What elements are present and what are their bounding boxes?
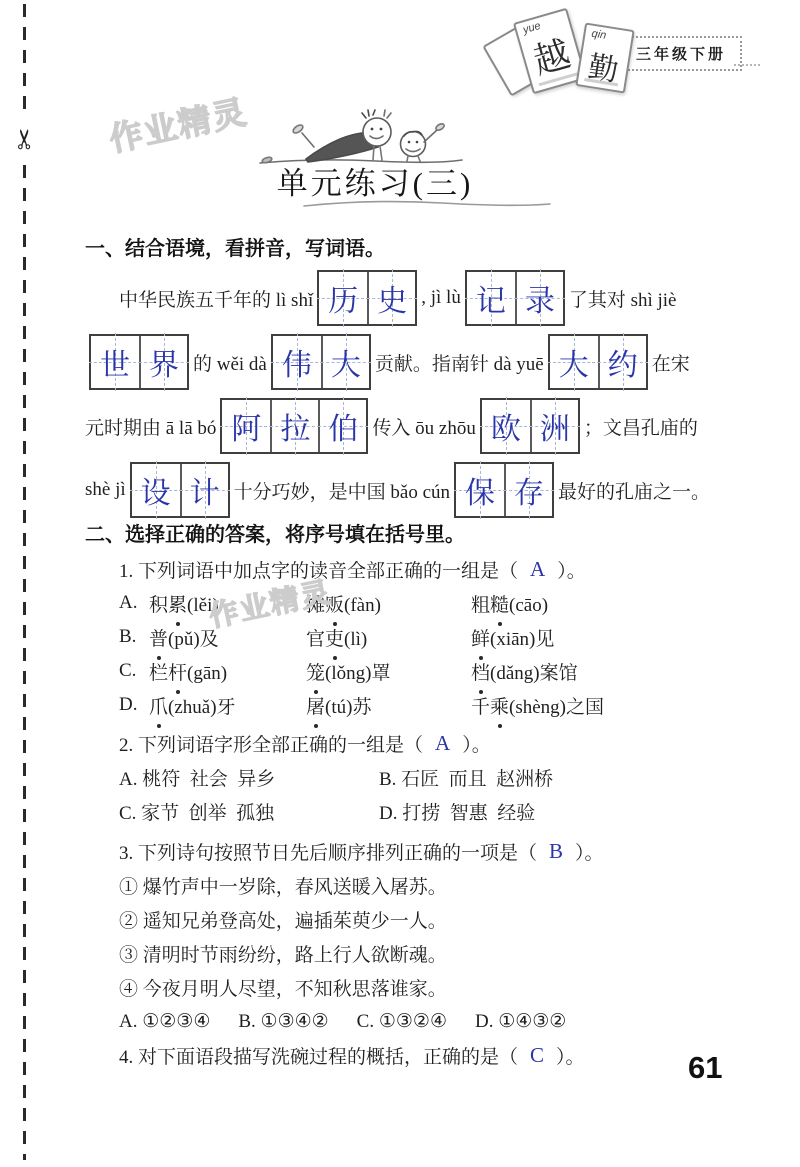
poem-text: ④ 今夜月明人尽望，不知秋思落谁家。 [119,974,447,1001]
scissors-icon: ✂ [9,119,43,159]
handwritten-answer: 计 [190,468,220,512]
question2-stem: 2. 下列词语字形全部正确的一组是（A）。 [85,726,747,760]
answer-letter: A [435,731,450,756]
answer-letter: A [530,557,545,582]
option-item: B. ①③④② [238,1010,328,1033]
word-part: 栏 [149,663,168,684]
workbook-page: ✂ yue 越 qin 勤 三年级下册 作业精灵 [0,0,800,1167]
word-part: (xiān)见 [490,629,554,650]
option-label: B. [119,626,149,648]
handwritten-answer: 大 [331,340,361,384]
writing-cell: 欧 [482,400,530,452]
poem-text: ① 爆竹声中一岁除，春风送暖入屠苏。 [119,872,447,899]
fill-line-1: 中华民族五千年的 lì shǐ 历 史 , jì lù 记 录 了其对 shì … [85,266,747,330]
word-part: 千 [471,697,490,718]
poem-text: ③ 清明时节雨纷纷，路上行人欲断魂。 [119,940,447,967]
writing-cell: 记 [467,272,515,324]
dotted-character: 鲜 [471,624,490,651]
fill-line-4: shè jì 设 计 十分巧妙，是中国 bǎo cún 保 存 最好的孔庙之一。 [85,458,747,522]
answer-box: 历 史 [317,270,417,326]
option-group: C. 家节 创举 孤独 [119,798,379,825]
poem-line-2: ② 遥知兄弟登高处，遍插茱萸少一人。 [85,902,747,936]
poem-line-1: ① 爆竹声中一岁除，春风送暖入屠苏。 [85,868,747,902]
answer-box: 记 录 [465,270,565,326]
word-part: (tú)苏 [325,697,371,718]
line-text: 十分巧妙，是中国 bǎo cún [234,477,450,504]
option-item: C. ①③②④ [357,1010,447,1033]
option-group: D. 打捞 智惠 经验 [379,798,747,825]
writing-cell: 录 [515,272,563,324]
dotted-character: 乘 [490,692,509,719]
word-part: (lì) [344,629,367,650]
stem-text: 3. 下列诗句按照节日先后顺序排列正确的一项是（ [119,838,537,865]
word-part: (gān) [187,663,227,684]
word-part: 摊 [306,595,325,616]
answer-box: 欧 洲 [480,398,580,454]
stem-text: ）。 [462,730,491,757]
writing-cell: 计 [180,464,228,516]
line-text: 贡献。指南针 dà yuē [375,349,544,376]
section-multiple-choice: 二、选择正确的答案，将序号填在括号里。 1. 下列词语中加点字的读音全部正确的一… [85,520,747,1072]
handwritten-answer: 世 [100,340,130,384]
dotted-character: 爪 [149,692,168,719]
answer-box: 世 界 [89,334,189,390]
word-item: 栏杆(gān) [149,658,306,685]
line-text: 元时期由 ā lā bó [85,413,216,440]
q2-option-row-2: C. 家节 创举 孤独 D. 打捞 智惠 经验 [85,794,747,828]
word-item: 档(dǎng)案馆 [471,658,747,685]
answer-letter: C [530,1043,544,1068]
question4-stem: 4. 对下面语段描写洗碗过程的概括，正确的是（C）。 [85,1038,747,1072]
q1-option-row-b: B. 普(pǔ)及 官吏(lì) 鲜(xiān)见 [85,620,747,654]
handwritten-answer: 历 [328,276,358,320]
dotted-character: 贩 [325,590,344,617]
word-item: 积累(lěi) [149,590,306,617]
option-group: A. 桃符 社会 异乡 [119,764,379,791]
option-item: D. ①④③② [475,1010,566,1033]
title-underline-swoosh [302,197,552,211]
fill-line-3: 元时期由 ā lā bó 阿 拉 伯 传入 ōu zhōu 欧 洲 ；文昌孔庙的 [85,394,747,458]
word-item: 粗糙(cāo) [471,590,747,617]
dotted-character: 屠 [306,692,325,719]
writing-cell: 阿 [222,400,270,452]
grade-label: 三年级下册 [620,36,742,71]
dotted-character: 档 [471,658,490,685]
handwritten-answer: 保 [465,468,495,512]
line-text: , jì lù [421,287,461,309]
handwritten-answer: 欧 [491,404,521,448]
writing-cell: 世 [91,336,139,388]
word-part: (zhuǎ)牙 [168,697,236,718]
answer-box: 设 计 [130,462,230,518]
stem-text: 2. 下列词语字形全部正确的一组是（ [119,730,423,757]
stem-text: 4. 对下面语段描写洗碗过程的概括，正确的是（ [119,1042,518,1069]
page-number: 61 [688,1050,722,1086]
writing-cell: 界 [139,336,187,388]
poem-line-4: ④ 今夜月明人尽望，不知秋思落谁家。 [85,970,747,1004]
line-text: 的 wěi dà [193,349,267,376]
word-part: 官 [306,629,325,650]
dotted-character: 吏 [325,624,344,651]
word-part: 粗 [471,595,490,616]
writing-cell: 约 [598,336,646,388]
dotted-character: 糙 [490,590,509,617]
handwritten-answer: 界 [149,340,179,384]
handwritten-answer: 存 [514,468,544,512]
section2-heading: 二、选择正确的答案，将序号填在括号里。 [85,520,747,552]
word-item: 笼(lǒng)罩 [306,658,471,685]
word-part: 积 [149,595,168,616]
stem-text: 1. 下列词语中加点字的读音全部正确的一组是（ [119,556,518,583]
word-item: 普(pǔ)及 [149,624,306,651]
writing-cell: 设 [132,464,180,516]
stem-text: ）。 [556,1042,585,1069]
line-text: shè jì [85,479,126,501]
fill-line-2: 世 界 的 wěi dà 伟 大 贡献。指南针 dà yuē 大 约 在宋 [85,330,747,394]
word-part: (shèng)之国 [509,697,604,718]
line-text: 中华民族五千年的 lì shǐ [85,285,313,312]
brand-logo: yue 越 qin 勤 [492,8,652,100]
writing-cell: 伯 [318,400,366,452]
dotted-line [734,64,760,66]
poem-line-3: ③ 清明时节雨纷纷，路上行人欲断魂。 [85,936,747,970]
writing-cell: 洲 [530,400,578,452]
handwritten-answer: 录 [525,276,555,320]
section-pinyin-writing: 一、结合语境，看拼音，写词语。 中华民族五千年的 lì shǐ 历 史 , jì… [85,234,747,522]
word-part: (pǔ)及 [168,629,219,650]
option-label: D. [119,694,149,716]
q3-option-row: A. ①②③④ B. ①③④② C. ①③②④ D. ①④③② [85,1004,747,1038]
writing-cell: 大 [550,336,598,388]
answer-letter: B [549,839,563,864]
line-text: 传入 ōu zhōu [372,413,475,440]
word-item: 千乘(shèng)之国 [471,692,747,719]
handwritten-answer: 伯 [328,404,358,448]
line-text: 了其对 shì jiè [569,285,677,312]
option-label: A. [119,592,149,614]
q1-option-row-a: A. 积累(lěi) 摊贩(fàn) 粗糙(cāo) [85,586,747,620]
option-item: A. ①②③④ [119,1010,210,1033]
dotted-character: 普 [149,624,168,651]
word-item: 屠(tú)苏 [306,692,471,719]
handwritten-answer: 大 [559,340,589,384]
writing-cell: 史 [367,272,415,324]
answer-box: 阿 拉 伯 [220,398,368,454]
answer-box: 保 存 [454,462,554,518]
stem-text: ）。 [557,556,586,583]
word-part: (dǎng)案馆 [490,663,578,684]
option-label: C. [119,660,149,682]
section1-heading: 一、结合语境，看拼音，写词语。 [85,234,747,266]
writing-cell: 保 [456,464,504,516]
brand-card-qin: qin 勤 [575,22,634,93]
q1-option-row-d: D. 爪(zhuǎ)牙 屠(tú)苏 千乘(shèng)之国 [85,688,747,722]
line-text: 最好的孔庙之一。 [558,477,710,504]
word-part: (fàn) [344,595,381,616]
dotted-character: 笼 [306,658,325,685]
word-item: 摊贩(fàn) [306,590,471,617]
line-text: 在宋 [652,349,690,376]
handwritten-answer: 约 [608,340,638,384]
question1-stem: 1. 下列词语中加点字的读音全部正确的一组是（A）。 [85,552,747,586]
q1-option-row-c: C. 栏杆(gān) 笼(lǒng)罩 档(dǎng)案馆 [85,654,747,688]
handwritten-answer: 洲 [540,404,570,448]
word-part: (cāo) [509,595,548,616]
watermark: 作业精灵 [105,86,252,161]
handwritten-answer: 阿 [231,404,261,448]
handwritten-answer: 拉 [280,404,310,448]
q2-option-row-1: A. 桃符 社会 异乡 B. 石匠 而且 赵洲桥 [85,760,747,794]
handwritten-answer: 设 [141,468,171,512]
writing-cell: 存 [504,464,552,516]
dotted-character: 杆 [168,658,187,685]
question3-stem: 3. 下列诗句按照节日先后顺序排列正确的一项是（B）。 [85,834,747,868]
line-text: ；文昌孔庙的 [584,413,698,440]
cut-dashed-line [23,4,26,1160]
word-item: 鲜(xiān)见 [471,624,747,651]
handwritten-answer: 史 [377,276,407,320]
card-pinyin: qin [591,28,607,42]
word-item: 官吏(lì) [306,624,471,651]
word-part: (lěi) [187,595,219,616]
poem-text: ② 遥知兄弟登高处，遍插茱萸少一人。 [119,906,447,933]
writing-cell: 大 [321,336,369,388]
writing-cell: 历 [319,272,367,324]
answer-box: 伟 大 [271,334,371,390]
option-group: B. 石匠 而且 赵洲桥 [379,764,747,791]
handwritten-answer: 记 [476,276,506,320]
answer-box: 大 约 [548,334,648,390]
word-part: (lǒng)罩 [325,663,390,684]
handwritten-answer: 伟 [282,340,312,384]
dotted-character: 累 [168,590,187,617]
writing-cell: 伟 [273,336,321,388]
stem-text: ）。 [575,838,604,865]
word-item: 爪(zhuǎ)牙 [149,692,306,719]
writing-cell: 拉 [270,400,318,452]
